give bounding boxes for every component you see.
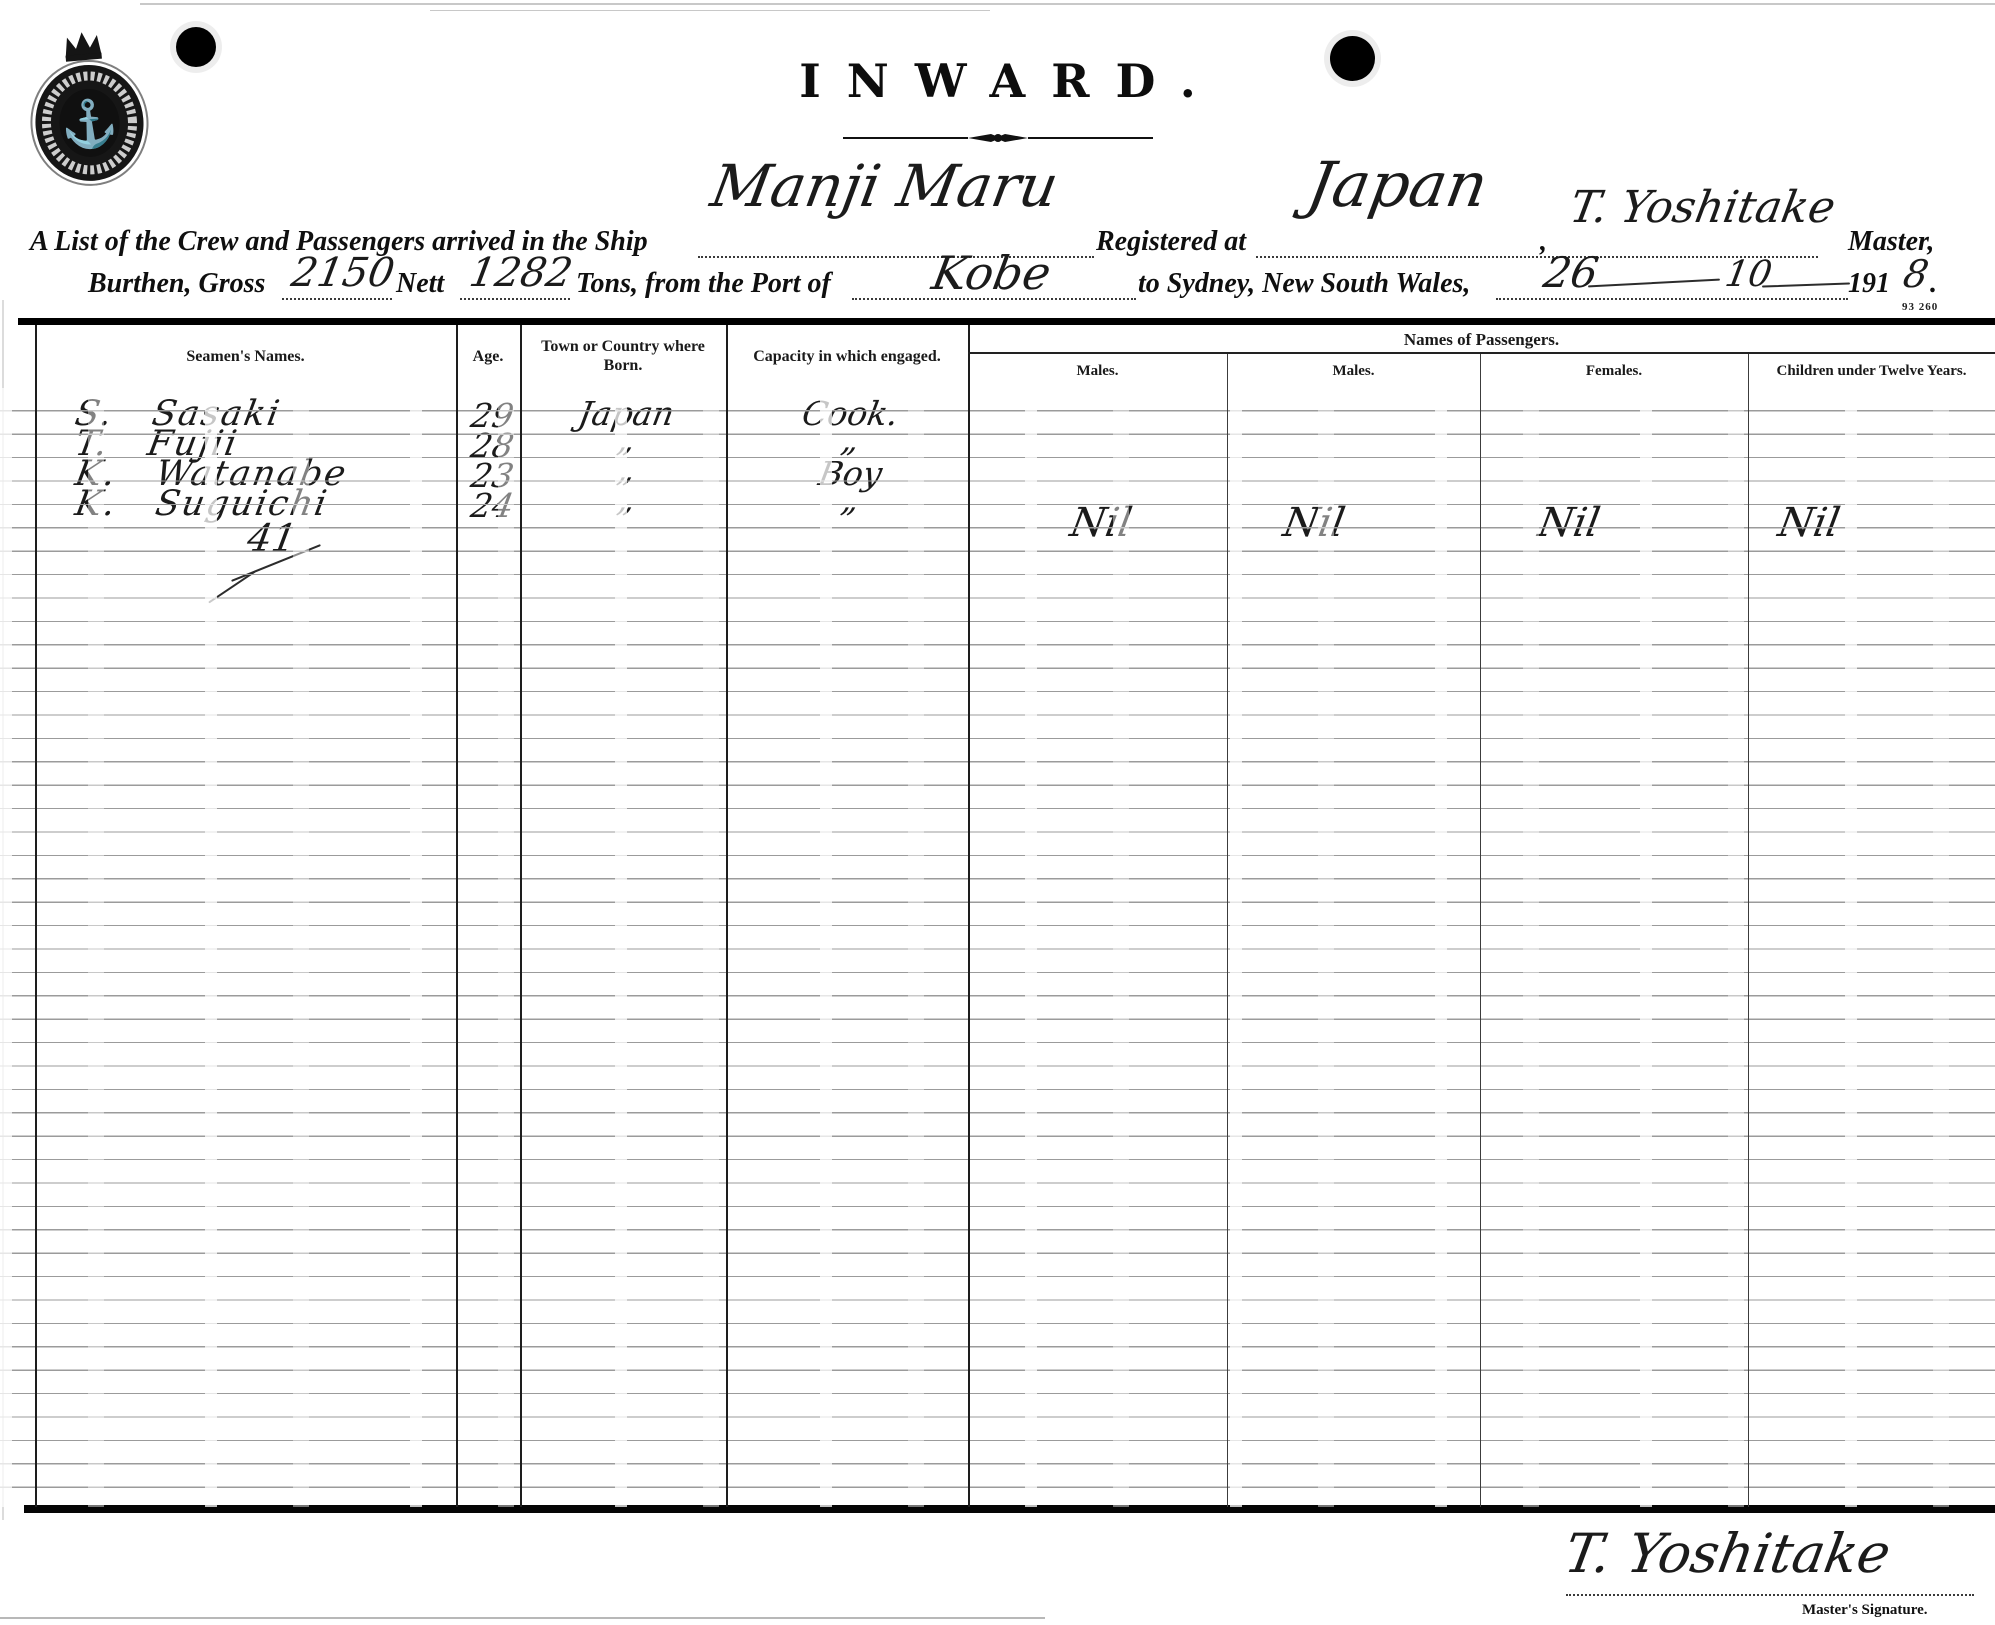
period: .	[1930, 268, 1937, 300]
passengers-header: Names of Passengers.	[968, 330, 1995, 350]
pen-flourish	[1588, 279, 1720, 288]
destination-label: to Sydney, New South Wales,	[1138, 268, 1470, 300]
pen-flourish	[1762, 282, 1850, 287]
passenger-column-males-1: Males.	[968, 362, 1227, 380]
form-title: INWARD.	[0, 54, 1995, 108]
form-number: 93 260	[1902, 301, 1938, 313]
port-value: Kobe	[928, 246, 1055, 300]
scanned-crew-list-document: ⚓ INWARD. A List of the Crew and Passeng…	[0, 0, 1995, 1625]
table-left-border	[35, 325, 37, 1507]
passenger-column-divider	[1748, 353, 1749, 1507]
nett-label: Nett	[396, 268, 444, 300]
nett-tons-value: 1282	[466, 250, 576, 296]
gross-fill-line	[282, 298, 392, 300]
passenger-column-divider	[1227, 353, 1228, 1507]
passenger-column-divider	[1480, 353, 1481, 1507]
date-fill-line	[1496, 298, 1848, 300]
passenger-column-females: Females.	[1480, 362, 1748, 380]
arrival-day-value: 26	[1540, 248, 1602, 297]
master-signature-label: Master's Signature.	[1802, 1602, 1928, 1619]
column-header-seamens-names: Seamen's Names.	[35, 347, 456, 366]
column-header-capacity: Capacity in which engaged.	[726, 347, 968, 366]
ship-name-value: Manji Maru	[706, 152, 1063, 220]
passenger-column-children: Children under Twelve Years.	[1748, 362, 1995, 380]
passengers-header-underline	[968, 352, 1995, 354]
ruled-lines	[0, 388, 1995, 1507]
signature-fill-line	[1566, 1594, 1974, 1596]
column-divider	[968, 325, 970, 1507]
registered-at-value: Japan	[1302, 148, 1493, 221]
passenger-column-males-2: Males.	[1227, 362, 1480, 380]
column-divider	[456, 325, 458, 1507]
column-divider	[520, 325, 522, 1507]
master-name-value: T. Yoshitake	[1566, 182, 1839, 233]
table-top-border	[18, 318, 1995, 325]
title-divider-ornament	[0, 130, 1995, 151]
year-handwritten: 8	[1900, 252, 1932, 296]
arrival-month-value: 10	[1722, 254, 1775, 295]
comma-separator: ,	[1540, 226, 1547, 258]
master-signature-handwriting: T. Yoshitake	[1560, 1522, 1895, 1585]
scan-line-artifact	[140, 3, 1995, 5]
column-header-town-born: Town or Country where Born.	[525, 337, 721, 375]
year-printed: 191	[1848, 268, 1890, 300]
burthen-gross-label: Burthen, Gross	[88, 268, 265, 300]
column-divider	[726, 325, 728, 1507]
registered-at-label: Registered at	[1096, 226, 1246, 258]
gross-tons-value: 2150	[288, 250, 398, 296]
nett-fill-line	[460, 298, 570, 300]
scan-line-artifact	[430, 10, 990, 11]
port-label: Tons, from the Port of	[576, 268, 831, 300]
column-header-age: Age.	[456, 347, 520, 366]
scan-line-artifact	[0, 1617, 1045, 1619]
